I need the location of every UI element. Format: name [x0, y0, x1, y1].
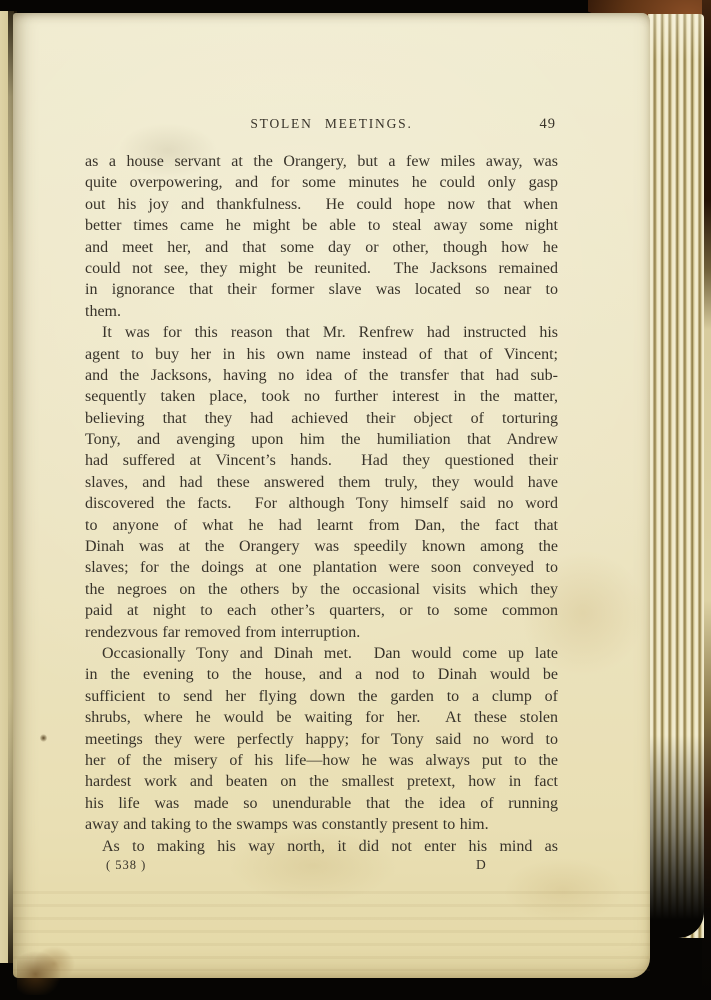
- text-line: It was for this reason that Mr. Renfrew …: [85, 322, 558, 343]
- text-line: hardest work and beaten on the smallest …: [85, 771, 558, 792]
- text-line: meetings they were perfectly happy; for …: [85, 729, 558, 750]
- book-page: STOLEN MEETINGS. 49 as a house servant a…: [13, 13, 650, 978]
- text-line: to anyone of what he had learnt from Dan…: [85, 515, 558, 536]
- text-line: his life was made so unendurable that th…: [85, 793, 558, 814]
- signature-mark: ( 538 ): [106, 858, 146, 873]
- text-line: discovered the facts. For although Tony …: [85, 493, 558, 514]
- page-header: STOLEN MEETINGS. 49: [85, 116, 558, 138]
- text-line: rendezvous far removed from interruption…: [85, 622, 558, 643]
- text-line: slaves, and had these answered them trul…: [85, 472, 558, 493]
- text-line: in the evening to the house, and a nod t…: [85, 664, 558, 685]
- text-line: in ignorance that their former slave was…: [85, 279, 558, 300]
- text-line: Occasionally Tony and Dinah met. Dan wou…: [85, 643, 558, 664]
- text-line: and the Jacksons, having no idea of the …: [85, 365, 558, 386]
- text-line: them.: [85, 301, 558, 322]
- text-line: slaves; for the doings at one plantation…: [85, 557, 558, 578]
- text-line: away and taking to the swamps was consta…: [85, 814, 558, 835]
- text-line: Dinah was at the Orangery was speedily k…: [85, 536, 558, 557]
- book-photo: { "colors": { "paper": "#ece4c1", "ink":…: [0, 0, 711, 1000]
- text-line: sequently taken place, took no further i…: [85, 386, 558, 407]
- text-line: sufficient to send her flying down the g…: [85, 686, 558, 707]
- running-title: STOLEN MEETINGS.: [101, 116, 562, 132]
- text-line: believing that they had achieved their o…: [85, 408, 558, 429]
- text-line: her of the misery of his life—how he was…: [85, 750, 558, 771]
- catchword-letter: D: [476, 857, 486, 873]
- text-line: shrubs, where he would be waiting for he…: [85, 707, 558, 728]
- page-number: 49: [540, 116, 557, 133]
- text-line: quite overpowering, and for some minutes…: [85, 172, 558, 193]
- page-stack-fore-edge: [648, 14, 704, 938]
- text-line: Tony, and avenging upon him the humiliat…: [85, 429, 558, 450]
- text-line: had suffered at Vincent’s hands. Had the…: [85, 450, 558, 471]
- printed-text-block: STOLEN MEETINGS. 49 as a house servant a…: [85, 116, 558, 875]
- text-line: As to making his way north, it did not e…: [85, 836, 558, 857]
- paper-speck: [40, 734, 47, 742]
- text-line: and meet her, and that some day or other…: [85, 237, 558, 258]
- page-footer: ( 538 ) D: [85, 857, 558, 875]
- text-line: out his joy and thankfulness. He could h…: [85, 194, 558, 215]
- text-line: as a house servant at the Orangery, but …: [85, 151, 558, 172]
- text-line: the negroes on the others by the occasio…: [85, 579, 558, 600]
- page-curl-streaks: [13, 891, 650, 971]
- text-line: better times came he might be able to st…: [85, 215, 558, 236]
- paper-blemish: [17, 943, 79, 995]
- text-line: could not see, they might be reunited. T…: [85, 258, 558, 279]
- text-body: as a house servant at the Orangery, but …: [85, 151, 558, 857]
- text-line: agent to buy her in his own name instead…: [85, 344, 558, 365]
- text-line: paid at night to each other’s quarters, …: [85, 600, 558, 621]
